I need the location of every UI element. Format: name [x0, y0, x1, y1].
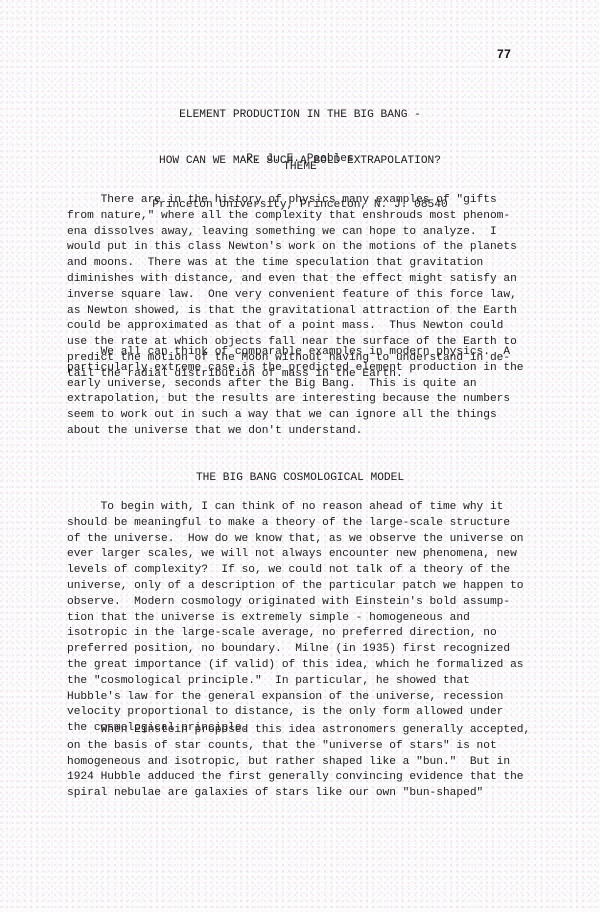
text-line: 1924 Hubble adduced the first generally … — [67, 770, 547, 786]
text-line: homogeneous and isotropic, but rather sh… — [67, 755, 547, 771]
text-line: preferred position, no boundary. Milne (… — [67, 642, 547, 658]
text-line: There are in the history of physics many… — [67, 193, 547, 209]
section-heading-big-bang-model: THE BIG BANG COSMOLOGICAL MODEL — [0, 471, 600, 487]
text-line: could be approximated as that of a point… — [67, 319, 547, 335]
text-line: tion that the universe is extremely simp… — [67, 611, 547, 627]
text-line: observe. Modern cosmology originated wit… — [67, 595, 547, 611]
text-line: and moons. There was at the time specula… — [67, 256, 547, 272]
text-line: about the universe that we don't underst… — [67, 424, 547, 440]
text-line: Hubble's law for the general expansion o… — [67, 690, 547, 706]
text-line: should be meaningful to make a theory of… — [67, 516, 547, 532]
text-line: universe, only of a description of the p… — [67, 579, 547, 595]
text-line: inverse square law. One very convenient … — [67, 288, 547, 304]
text-line: isotropic in the large-scale average, no… — [67, 626, 547, 642]
text-line: diminishes with distance, and even that … — [67, 272, 547, 288]
text-line: the great importance (if valid) of this … — [67, 658, 547, 674]
text-line: levels of complexity? If so, we could no… — [67, 563, 547, 579]
section-heading-theme: THEME — [0, 160, 600, 176]
text-line: velocity proportional to distance, is th… — [67, 705, 547, 721]
text-line: of the universe. How do we know that, as… — [67, 532, 547, 548]
text-line: spiral nebulae are galaxies of stars lik… — [67, 786, 547, 802]
text-line: ena dissolves away, leaving something we… — [67, 225, 547, 241]
text-line: ever larger scales, we will not always e… — [67, 547, 547, 563]
paragraph: When Einstein proposed this idea astrono… — [67, 723, 547, 802]
page-number: 77 — [497, 47, 511, 61]
text-line: We all can think of comparable examples … — [67, 345, 547, 361]
text-line: particularly extreme case is the predict… — [67, 361, 547, 377]
text-line: extrapolation, but the results are inter… — [67, 392, 547, 408]
text-line: the "cosmological principle." In particu… — [67, 674, 547, 690]
text-line: seem to work out in such a way that we c… — [67, 408, 547, 424]
paragraph: We all can think of comparable examples … — [67, 345, 547, 440]
text-line: on the basis of star counts, that the "u… — [67, 739, 547, 755]
text-line: as Newton showed, is that the gravitatio… — [67, 304, 547, 320]
text-line: from nature," where all the complexity t… — [67, 209, 547, 225]
paragraph: To begin with, I can think of no reason … — [67, 500, 547, 737]
text-line: early universe, seconds after the Big Ba… — [67, 377, 547, 393]
text-line: To begin with, I can think of no reason … — [67, 500, 547, 516]
text-line: would put in this class Newton's work on… — [67, 240, 547, 256]
text-line: When Einstein proposed this idea astrono… — [67, 723, 547, 739]
